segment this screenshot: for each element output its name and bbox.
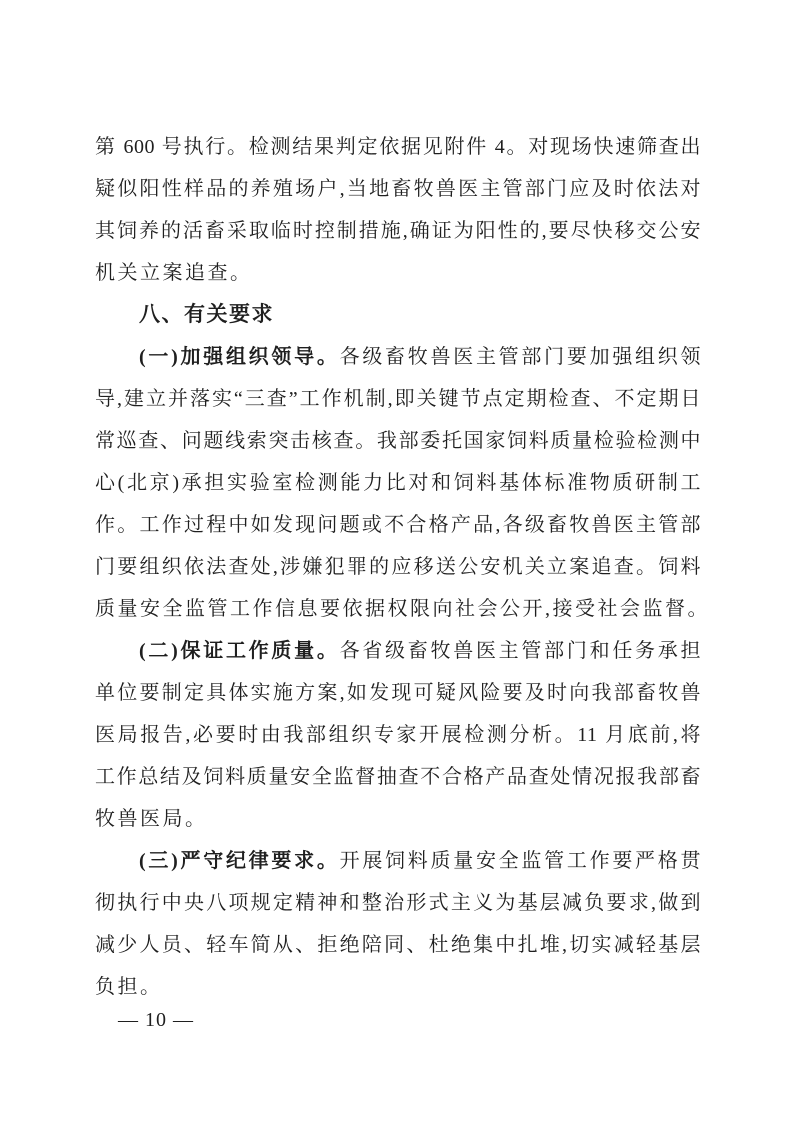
heading-text: 八、有关要求 — [139, 303, 274, 326]
text-line: (三)严守纪律要求。开展饲料质量安全监管工作要严格贯 — [95, 840, 701, 882]
text-line: 第 600 号执行。检测结果判定依据见附件 4。对现场快速筛查出 — [95, 126, 701, 168]
paragraph-lead: (二)保证工作质量。 — [139, 640, 340, 662]
text-line: 工作总结及饲料质量安全监督抽查不合格产品查处情况报我部畜 — [95, 756, 701, 798]
text-line: (一)加强组织领导。各级畜牧兽医主管部门要加强组织领 — [95, 336, 701, 378]
line-text: 单位要制定具体实施方案,如发现可疑风险要及时向我部畜牧兽 — [95, 682, 701, 704]
text-line: 彻执行中央八项规定精神和整治形式主义为基层减负要求,做到 — [95, 882, 701, 924]
section-heading: 八、有关要求 — [95, 294, 701, 336]
line-text: 牧兽医局。 — [95, 808, 208, 830]
text-line: 质量安全监管工作信息要依据权限向社会公开,接受社会监督。 — [95, 588, 701, 630]
text-line: 牧兽医局。 — [95, 798, 701, 840]
text-line: 心(北京)承担实验室检测能力比对和饲料基体标准物质研制工 — [95, 462, 701, 504]
line-text: 医局报告,必要时由我部组织专家开展检测分析。11 月底前,将 — [95, 724, 701, 746]
line-text: 导,建立并落实“三查”工作机制,即关键节点定期检查、不定期日 — [95, 388, 701, 410]
line-text: 门要组织依法查处,涉嫌犯罪的应移送公安机关立案追查。饲料 — [95, 556, 701, 578]
text-line: 医局报告,必要时由我部组织专家开展检测分析。11 月底前,将 — [95, 714, 701, 756]
line-text: 常巡查、问题线索突击核查。我部委托国家饲料质量检验检测中 — [95, 430, 701, 452]
paragraph-lead: (一)加强组织领导。 — [139, 346, 340, 368]
text-line: 导,建立并落实“三查”工作机制,即关键节点定期检查、不定期日 — [95, 378, 701, 420]
line-text: 质量安全监管工作信息要依据权限向社会公开,接受社会监督。 — [95, 598, 710, 620]
document-body: 第 600 号执行。检测结果判定依据见附件 4。对现场快速筛查出 疑似阳性样品的… — [95, 126, 701, 1008]
text-line: 单位要制定具体实施方案,如发现可疑风险要及时向我部畜牧兽 — [95, 672, 701, 714]
line-text: 第 600 号执行。检测结果判定依据见附件 4。对现场快速筛查出 — [95, 136, 701, 158]
line-text: 彻执行中央八项规定精神和整治形式主义为基层减负要求,做到 — [95, 892, 701, 914]
line-text: 疑似阳性样品的养殖场户,当地畜牧兽医主管部门应及时依法对 — [95, 178, 701, 200]
line-text: 机关立案追查。 — [95, 262, 253, 284]
page-number: — 10 — — [118, 1005, 194, 1035]
text-line: 疑似阳性样品的养殖场户,当地畜牧兽医主管部门应及时依法对 — [95, 168, 701, 210]
line-text: 负担。 — [95, 976, 163, 998]
line-text: 作。工作过程中如发现问题或不合格产品,各级畜牧兽医主管部 — [95, 514, 701, 536]
line-text: 工作总结及饲料质量安全监督抽查不合格产品查处情况报我部畜 — [95, 766, 701, 788]
text-line: 常巡查、问题线索突击核查。我部委托国家饲料质量检验检测中 — [95, 420, 701, 462]
text-line: (二)保证工作质量。各省级畜牧兽医主管部门和任务承担 — [95, 630, 701, 672]
text-line: 门要组织依法查处,涉嫌犯罪的应移送公安机关立案追查。饲料 — [95, 546, 701, 588]
document-page: 第 600 号执行。检测结果判定依据见附件 4。对现场快速筛查出 疑似阳性样品的… — [0, 0, 794, 1123]
text-line: 机关立案追查。 — [95, 252, 701, 294]
line-text: 其饲养的活畜采取临时控制措施,确证为阳性的,要尽快移交公安 — [95, 220, 701, 242]
text-line: 减少人员、轻车简从、拒绝陪同、杜绝集中扎堆,切实减轻基层 — [95, 924, 701, 966]
line-text: 开展饲料质量安全监管工作要严格贯 — [340, 850, 701, 872]
paragraph-lead: (三)严守纪律要求。 — [139, 850, 340, 872]
text-line: 负担。 — [95, 966, 701, 1008]
line-text: 各省级畜牧兽医主管部门和任务承担 — [340, 640, 701, 662]
line-text: 心(北京)承担实验室检测能力比对和饲料基体标准物质研制工 — [95, 472, 701, 494]
line-text: 减少人员、轻车简从、拒绝陪同、杜绝集中扎堆,切实减轻基层 — [95, 934, 701, 956]
line-text: 各级畜牧兽医主管部门要加强组织领 — [340, 346, 701, 368]
text-line: 作。工作过程中如发现问题或不合格产品,各级畜牧兽医主管部 — [95, 504, 701, 546]
text-line: 其饲养的活畜采取临时控制措施,确证为阳性的,要尽快移交公安 — [95, 210, 701, 252]
